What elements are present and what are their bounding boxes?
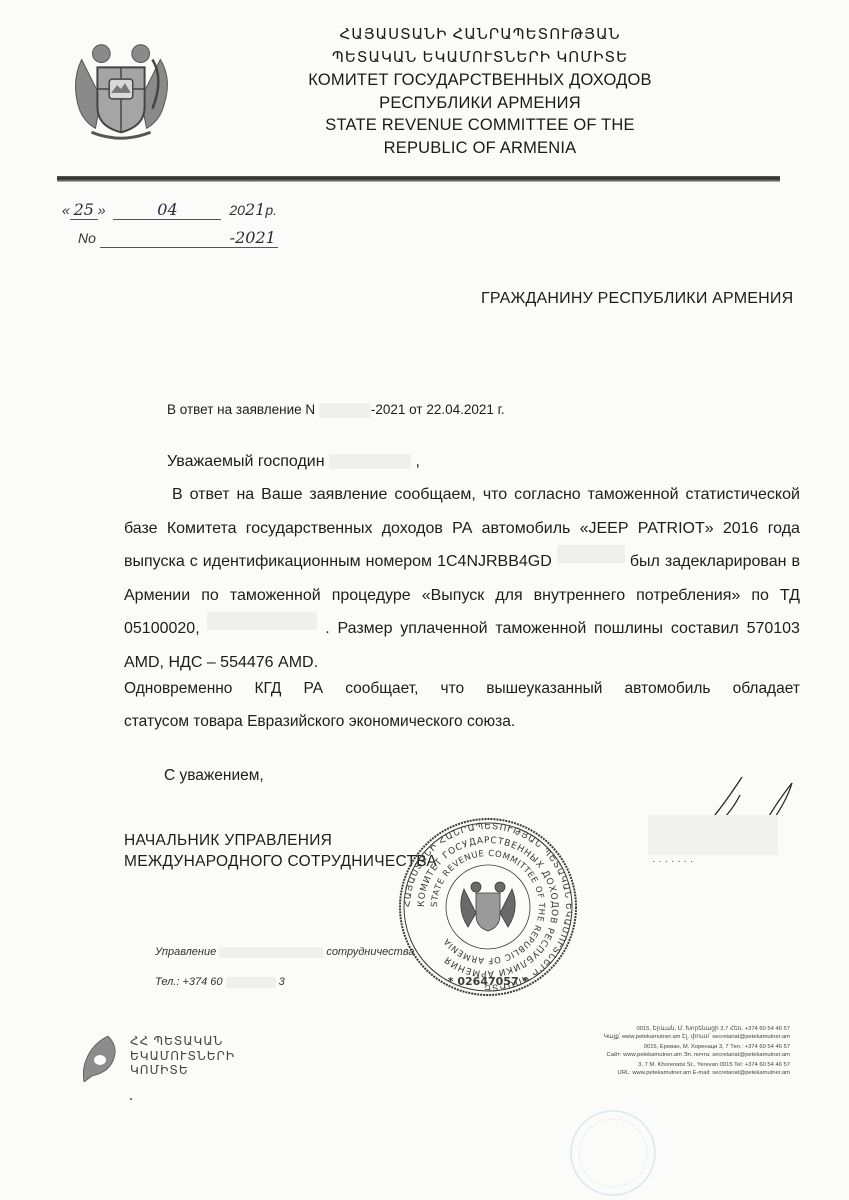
- date-year-prefix: 20: [229, 202, 245, 218]
- word: Размер: [337, 612, 392, 646]
- word: по: [751, 579, 769, 613]
- redacted-signatory-name: [648, 815, 778, 855]
- word: потребления»: [636, 579, 740, 613]
- header-russian-line1: КОМИТЕТ ГОСУДАРСТВЕННЫХ ДОХОДОВ: [300, 69, 660, 92]
- word: для: [495, 579, 522, 613]
- word: сообщаем,: [394, 478, 476, 512]
- body-paragraph-1: ВответнаВашезаявлениесообщаем,чтосогласн…: [124, 478, 800, 679]
- date-close-quote: »: [98, 202, 106, 218]
- word: 1C4NJRBB4GD: [437, 545, 552, 579]
- word: РА: [452, 512, 472, 546]
- contact-line: Сайт: www.petekamutner.am Эл. почта: sec…: [570, 1052, 790, 1060]
- word: процедуре: [332, 579, 411, 613]
- header-armenian-line1: ՀԱՅԱՍՏԱՆԻ ՀԱՆՐԱՊԵՏՈՒԹՅԱՆ: [300, 24, 660, 47]
- word: внутреннего: [534, 579, 625, 613]
- paragraph-line: Армениипотаможеннойпроцедуре«Выпускдлявн…: [124, 579, 800, 613]
- redacted-department: [219, 947, 323, 958]
- header-russian-line2: РЕСПУБЛИКИ АРМЕНИЯ: [300, 92, 660, 115]
- signatory-name-residual: ·······: [652, 856, 696, 867]
- faint-seal-icon: [568, 1108, 658, 1198]
- redacted-phone: [226, 977, 276, 988]
- header-divider: [57, 176, 780, 182]
- signatory-title: НАЧАЛЬНИК УПРАВЛЕНИЯ МЕЖДУНАРОДНОГО СОТР…: [124, 830, 437, 872]
- number-label: No: [78, 230, 96, 246]
- paragraph-line: 05100020,.Размеруплаченнойтаможеннойпошл…: [124, 612, 800, 646]
- letter-date: «25» 04 2021р.: [62, 200, 277, 220]
- speck: [130, 1098, 132, 1100]
- word: таможенной: [230, 579, 321, 613]
- word: обладает: [733, 672, 800, 705]
- redacted-value: [557, 545, 625, 563]
- word: статистической: [685, 478, 799, 512]
- contact-block: 0015, Ереван, М. Хоренаци 3, 7 Тел.: +37…: [570, 1044, 790, 1059]
- signatory-title-line1: НАЧАЛЬНИК УПРАВЛЕНИЯ: [124, 830, 437, 851]
- footer-logo-text: ՀՀ ՊԵՏԱԿԱՆ ԵԿԱՄՈՒՏՆԵՐԻ ԿՈՄԻՏԵ: [130, 1034, 235, 1078]
- word: идентификационным: [203, 545, 361, 579]
- paragraph-line: выпускасидентификационнымномером1C4NJRBB…: [124, 545, 800, 579]
- word: 2016: [723, 512, 759, 546]
- closing: С уважением,: [164, 767, 264, 785]
- word: 570103: [747, 612, 800, 646]
- word: выпуска: [124, 545, 185, 579]
- date-day: 25: [70, 200, 98, 220]
- word: вышеуказанный: [486, 672, 602, 705]
- contact-line: URL: www.petekamutner.am E-mail: secreta…: [570, 1070, 790, 1078]
- reference-suffix: -2021 от 22.04.2021 г.: [371, 402, 505, 417]
- word: .: [325, 612, 329, 646]
- tel-suffix: 3: [279, 976, 285, 988]
- word: на: [236, 478, 254, 512]
- word: государственных: [246, 512, 373, 546]
- word: КГД: [255, 672, 282, 705]
- src-logo-icon: [78, 1036, 120, 1082]
- letterhead: ՀԱՅԱՍՏԱՆԻ ՀԱՆՐԱՊԵՏՈՒԹՅԱՆ ՊԵՏԱԿԱՆ ԵԿԱՄՈՒՏ…: [300, 24, 660, 159]
- armenia-coat-of-arms-icon: [62, 30, 180, 148]
- word: Армении: [124, 579, 190, 613]
- word: согласно: [514, 478, 581, 512]
- header-english-line2: REPUBLIC OF ARMENIA: [300, 137, 660, 160]
- header-armenian-line2: ՊԵՏԱԿԱՆ ԵԿԱՄՈՒՏՆԵՐԻ ԿՈՄԻՏԵ: [300, 47, 660, 70]
- word: был: [630, 545, 660, 579]
- tel-prefix: Тел.: +374 60: [155, 976, 223, 988]
- word: автомобиль: [482, 512, 571, 546]
- signatory-title-line2: МЕЖДУНАРОДНОГО СОТРУДНИЧЕСТВА: [124, 851, 437, 872]
- date-open-quote: «: [62, 202, 70, 218]
- number-value: -2021: [100, 228, 278, 248]
- word: пошлины: [594, 612, 663, 646]
- paragraph-line: ВответнаВашезаявлениесообщаем,чтосогласн…: [124, 478, 800, 512]
- salutation: Уважаемый господин ,: [167, 453, 420, 471]
- logo-line2: ԵԿԱՄՈՒՏՆԵՐԻ: [130, 1049, 235, 1064]
- word: ТД: [780, 579, 800, 613]
- date-suffix: р.: [265, 202, 277, 218]
- word: по: [201, 579, 219, 613]
- redacted-application-number: [319, 403, 371, 418]
- salutation-text: Уважаемый господин: [167, 453, 325, 470]
- dept-prefix: Управление: [155, 946, 216, 958]
- seal-code: * 02647057 *: [448, 975, 529, 988]
- word: РА: [303, 672, 323, 705]
- word: сообщает,: [345, 672, 418, 705]
- word: базе: [124, 512, 158, 546]
- word: номером: [366, 545, 432, 579]
- logo-line3: ԿՈՄԻՏԵ: [130, 1063, 235, 1078]
- word: Комитета: [167, 512, 237, 546]
- contact-line: 0015, Ереван, М. Хоренаци 3, 7 Тел.: +37…: [570, 1044, 790, 1052]
- letter-number: No -2021: [78, 228, 278, 248]
- reference-line: В ответ на заявление N -2021 от 22.04.20…: [167, 402, 505, 418]
- word: автомобиль: [625, 672, 711, 705]
- salutation-comma: ,: [415, 453, 419, 470]
- contact-block: 0015, Երևան, Մ. Խորենացի 3,7 Հեռ. +374 6…: [570, 1026, 790, 1041]
- executor-department: Управление сотрудничества: [155, 946, 414, 958]
- word: что: [441, 672, 465, 705]
- word: заявление: [309, 478, 387, 512]
- word: PATRIOT»: [638, 512, 714, 546]
- logo-line1: ՀՀ ՊԵՏԱԿԱՆ: [130, 1034, 235, 1049]
- date-month: 04: [113, 200, 221, 220]
- official-seal-icon: ՀԱՅԱՍՏԱՆԻ ՀԱՆՐԱՊԵՏՈՒԹՅԱՆ ՊԵՏԱԿԱՆ ԵԿԱՄՈՒՏ…: [398, 817, 578, 997]
- word: Одновременно: [124, 672, 232, 705]
- contact-line: Կայք՝ www.petekamutner.am Էլ. փոստ՝ secr…: [570, 1034, 790, 1042]
- word: «Выпуск: [422, 579, 485, 613]
- word: уплаченной: [400, 612, 487, 646]
- reference-prefix: В ответ на заявление N: [167, 402, 315, 417]
- contact-line: 0015, Երևան, Մ. Խորենացի 3,7 Հեռ. +374 6…: [570, 1026, 790, 1034]
- word: составил: [671, 612, 739, 646]
- contact-block: 3, 7 M. Khorenatsi St., Yerevan 0015 Tel…: [570, 1062, 790, 1077]
- word: доходов: [382, 512, 443, 546]
- word: таможенной: [588, 478, 679, 512]
- executor-phone: Тел.: +374 60 3: [155, 976, 285, 988]
- word: таможенной: [495, 612, 586, 646]
- dept-suffix: сотрудничества: [326, 946, 414, 958]
- date-year-handwritten: 21: [245, 200, 265, 219]
- redacted-name: [329, 454, 411, 469]
- word: Ваше: [261, 478, 302, 512]
- word: года: [768, 512, 800, 546]
- paragraph-line: базеКомитетагосударственныхдоходовРАавто…: [124, 512, 800, 546]
- word: ответ: [190, 478, 230, 512]
- word: 05100020,: [124, 612, 200, 646]
- word: в: [792, 545, 801, 579]
- contact-line: 3, 7 M. Khorenatsi St., Yerevan 0015 Tel…: [570, 1062, 790, 1070]
- word: что: [483, 478, 507, 512]
- word: с: [190, 545, 198, 579]
- word: задекларирован: [665, 545, 787, 579]
- word: В: [172, 478, 183, 512]
- body-paragraph-2: ОдновременноКГДРАсообщает,чтовышеуказанн…: [124, 672, 800, 738]
- word: «JEEP: [580, 512, 629, 546]
- addressee: ГРАЖДАНИНУ РЕСПУБЛИКИ АРМЕНИЯ: [481, 290, 793, 308]
- redacted-value: [207, 612, 317, 630]
- footer-contacts: 0015, Երևան, Մ. Խորենացի 3,7 Հեռ. +374 6…: [570, 1026, 790, 1081]
- paragraph-last-line: статусом товара Евразийского экономическ…: [124, 705, 800, 738]
- header-english-line1: STATE REVENUE COMMITTEE OF THE: [300, 114, 660, 137]
- paragraph-line: ОдновременноКГДРАсообщает,чтовышеуказанн…: [124, 672, 800, 705]
